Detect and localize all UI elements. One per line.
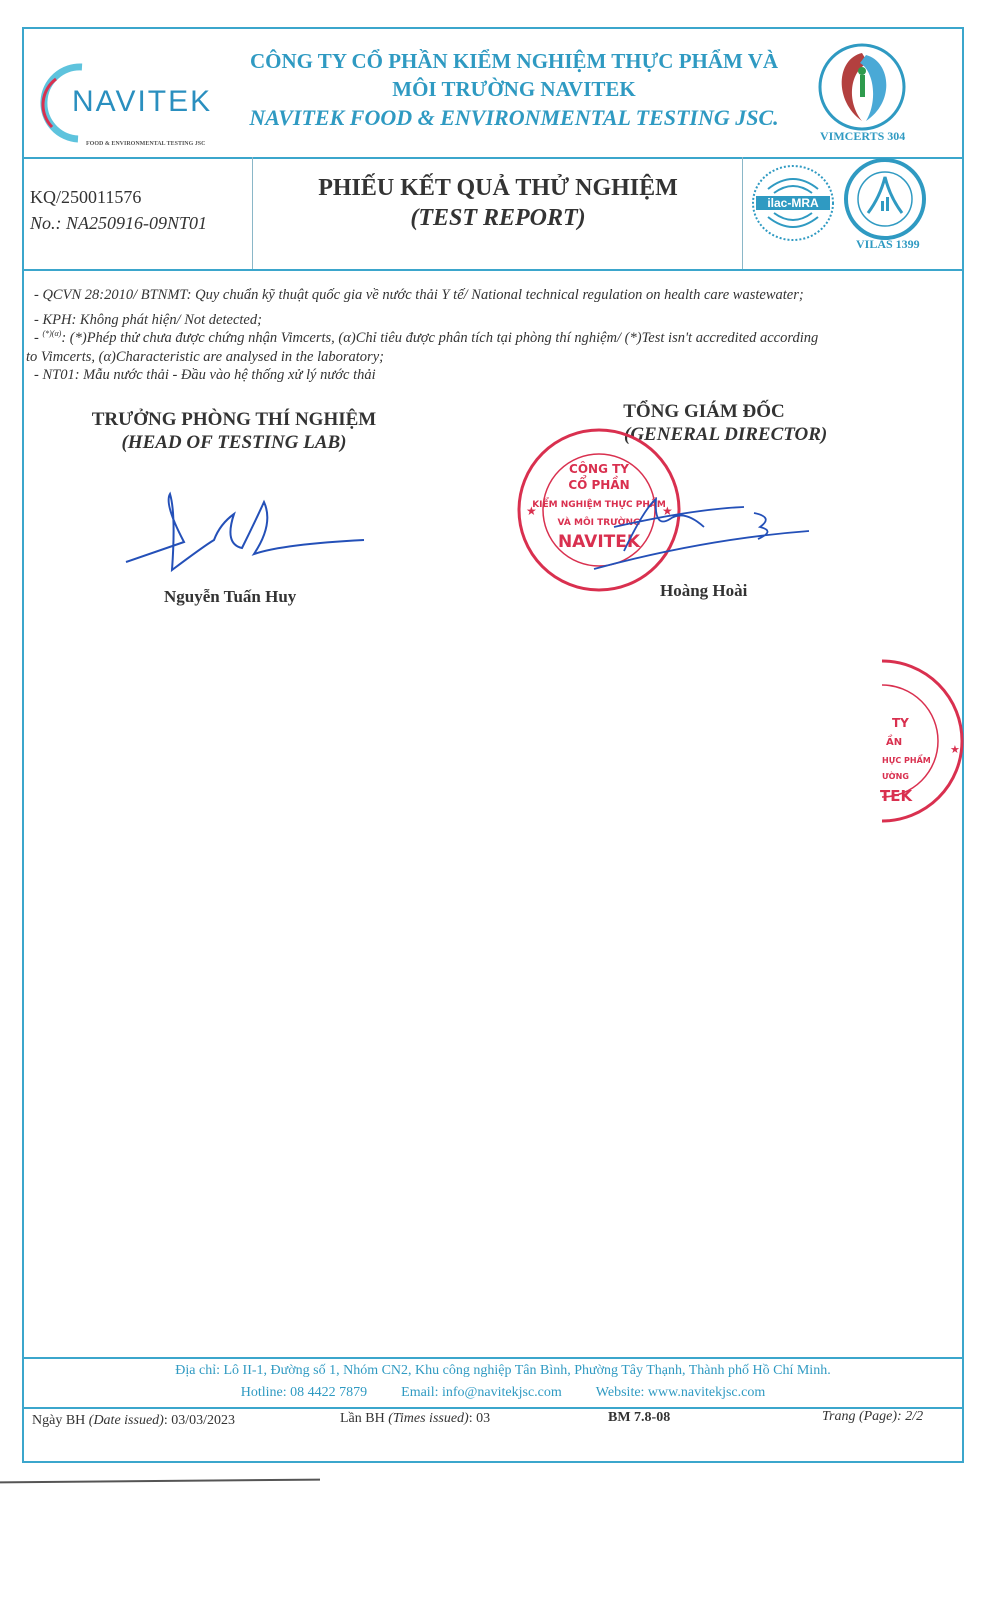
vimcerts-label: VIMCERTS 304 bbox=[820, 129, 905, 144]
company-name-vi-line1: CÔNG TY CỔ PHẦN KIỂM NGHIỆM THỰC PHẨM VÀ bbox=[234, 47, 794, 75]
svg-text:TEK: TEK bbox=[880, 787, 913, 805]
divider bbox=[742, 157, 743, 269]
note-accreditation-cont: to Vimcerts, (α)Characteristic are analy… bbox=[26, 349, 384, 366]
director-name: Hoàng Hoài bbox=[660, 581, 747, 601]
report-number: No.: NA250916-09NT01 bbox=[30, 213, 207, 234]
svg-text:ẦN: ẦN bbox=[886, 734, 902, 748]
scan-edge-line bbox=[0, 1479, 320, 1484]
bureau-of-accreditation-logo-icon bbox=[840, 157, 930, 241]
director-title: TỔNG GIÁM ĐỐC bbox=[584, 401, 824, 423]
note-accreditation: - (*)(α): (*)Phép thử chưa được chứng nh… bbox=[34, 329, 818, 347]
vimcerts-logo-icon bbox=[816, 41, 908, 133]
svg-text:ƯỜNG: ƯỜNG bbox=[882, 770, 909, 781]
lab-head-signature-icon bbox=[124, 484, 374, 594]
kq-number: KQ/250011576 bbox=[30, 187, 141, 208]
date-issued: Ngày BH (Date issued): 03/03/2023 bbox=[32, 1413, 235, 1429]
form-code: BM 7.8-08 bbox=[608, 1410, 670, 1426]
report-title-en: (TEST REPORT) bbox=[258, 205, 738, 232]
page-number: Trang (Page): 2/2 bbox=[822, 1409, 923, 1425]
vilas-label: VILAS 1399 bbox=[856, 237, 920, 252]
svg-text:TY: TY bbox=[892, 716, 909, 730]
contact-line: Hotline: 08 4422 7879 Email: info@navite… bbox=[44, 1385, 962, 1401]
svg-text:★: ★ bbox=[526, 504, 537, 518]
report-divider bbox=[24, 269, 962, 271]
divider bbox=[252, 157, 253, 269]
svg-text:HỰC PHẨM: HỰC PHẨM bbox=[882, 753, 931, 765]
lab-head-title: TRƯỞNG PHÒNG THÍ NGHIỆM bbox=[64, 409, 404, 431]
note-kph: - KPH: Không phát hiện/ Not detected; bbox=[34, 312, 262, 329]
website-link[interactable]: Website: www.navitekjsc.com bbox=[596, 1385, 765, 1401]
lab-head-name: Nguyễn Tuấn Huy bbox=[164, 587, 296, 607]
partial-stamp-icon: TY ẦN HỰC PHẨM ƯỜNG TEK ★ bbox=[872, 657, 972, 827]
header-divider bbox=[24, 157, 962, 159]
email-link[interactable]: Email: info@navitekjsc.com bbox=[401, 1385, 562, 1401]
report-title-vi: PHIẾU KẾT QUẢ THỬ NGHIỆM bbox=[258, 175, 738, 202]
note-nt01: - NT01: Mẫu nước thải - Đầu vào hệ thống… bbox=[34, 367, 376, 384]
footer-divider bbox=[24, 1357, 962, 1359]
note-qcvn: - QCVN 28:2010/ BTNMT: Quy chuẩn kỹ thuậ… bbox=[34, 287, 804, 304]
svg-text:★: ★ bbox=[950, 744, 960, 756]
director-signature-icon bbox=[584, 469, 834, 579]
hotline: Hotline: 08 4422 7879 bbox=[241, 1385, 367, 1401]
times-issued: Lần BH (Times issued): 03 bbox=[340, 1411, 490, 1427]
logo-subtext: FOOD & ENVIRONMENTAL TESTING JSC bbox=[86, 141, 205, 147]
company-name-en: NAVITEK FOOD & ENVIRONMENTAL TESTING JSC… bbox=[224, 105, 804, 131]
svg-text:ilac-MRA: ilac-MRA bbox=[767, 196, 819, 210]
lab-head-title-en: (HEAD OF TESTING LAB) bbox=[64, 432, 404, 454]
document-frame: NAVITEK FOOD & ENVIRONMENTAL TESTING JSC… bbox=[22, 27, 964, 1463]
company-address: Địa chỉ: Lô II-1, Đường số 1, Nhóm CN2, … bbox=[44, 1363, 962, 1379]
company-name-vi-line2: MÔI TRƯỜNG NAVITEK bbox=[234, 75, 794, 103]
ilac-mra-logo-icon: ilac-MRA bbox=[750, 163, 836, 243]
logo-text: NAVITEK bbox=[72, 85, 212, 119]
